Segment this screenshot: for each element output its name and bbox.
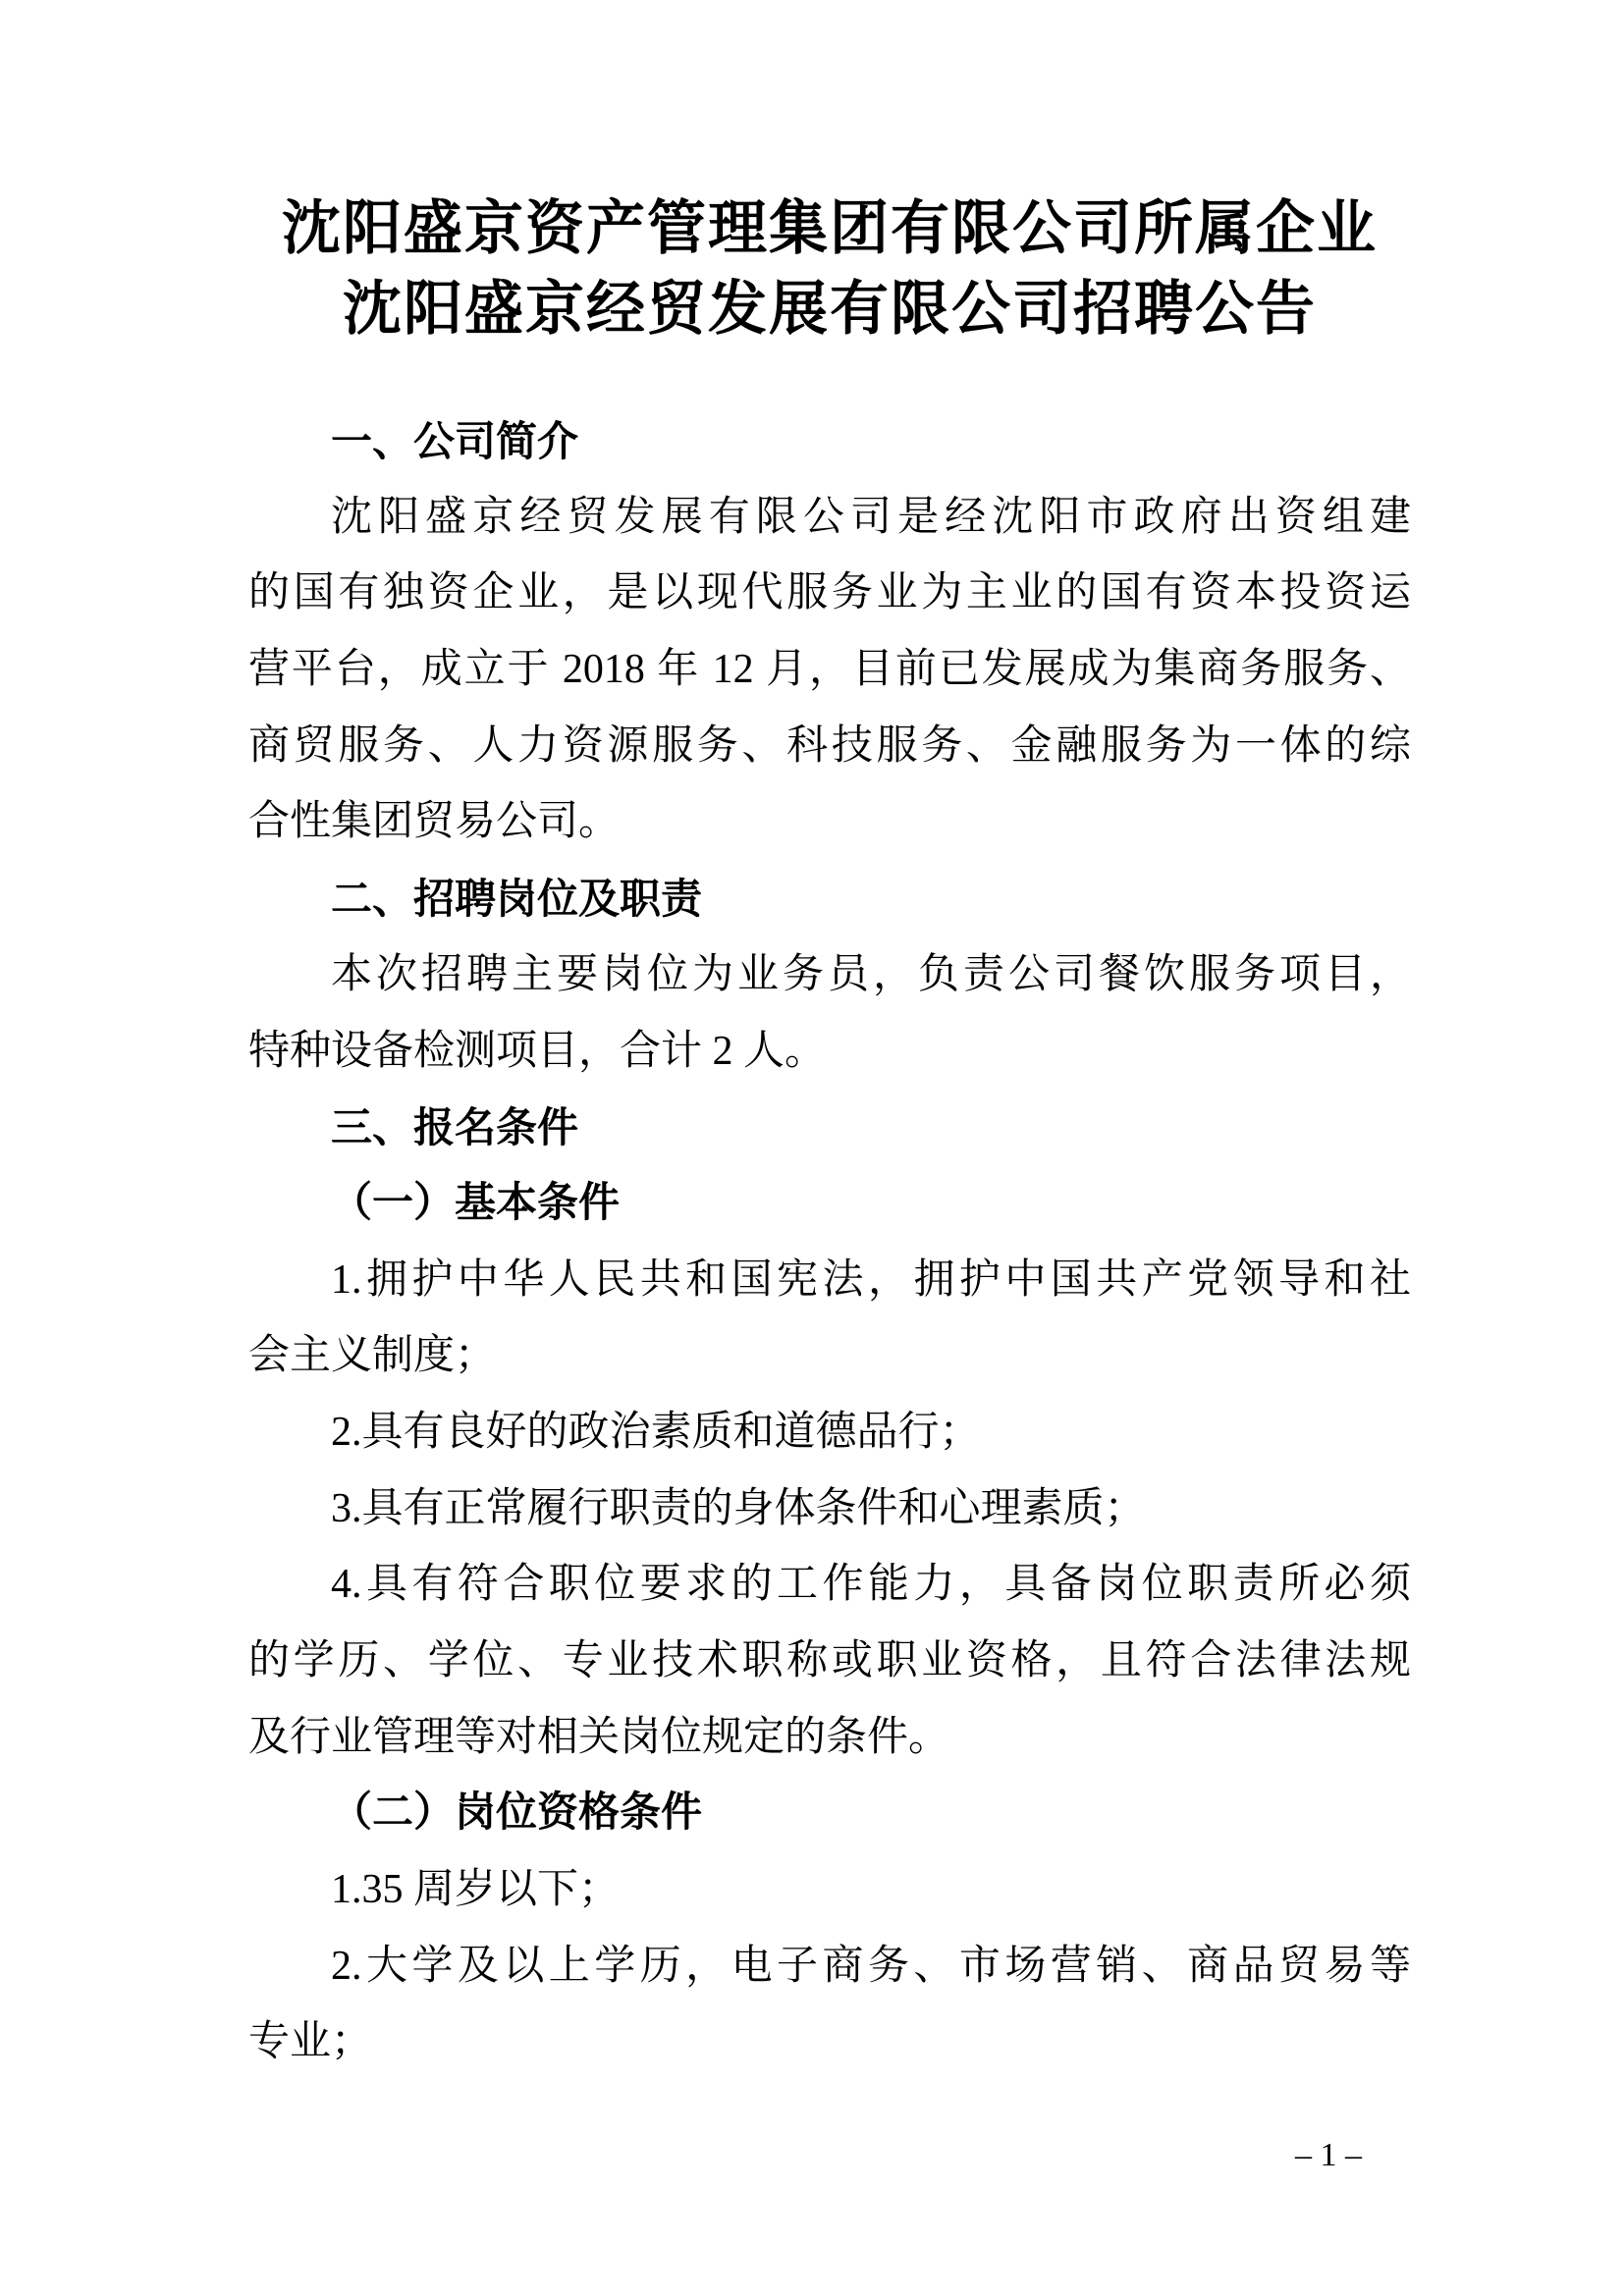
body-line: 本次招聘主要岗位为业务员，负责公司餐饮服务项目，	[248, 937, 1411, 1014]
body-line: 会主义制度；	[248, 1318, 1411, 1395]
document-body: 一、公司简介 沈阳盛京经贸发展有限公司是经沈阳市政府出资组建 的国有独资企业，是…	[248, 403, 1411, 2081]
body-line: 及行业管理等对相关岗位规定的条件。	[248, 1700, 1411, 1777]
subsection-heading-1: （一）基本条件	[248, 1166, 1411, 1243]
section-heading-2: 二、招聘岗位及职责	[248, 861, 1411, 937]
body-line: 1.35 周岁以下；	[248, 1852, 1411, 1929]
body-line: 3.具有正常履行职责的身体条件和心理素质；	[248, 1471, 1411, 1548]
body-line: 1.拥护中华人民共和国宪法，拥护中国共产党领导和社	[248, 1243, 1411, 1319]
body-line: 4.具有符合职位要求的工作能力，具备岗位职责所必须	[248, 1547, 1411, 1624]
page-number: – 1 –	[1255, 2136, 1402, 2175]
body-line: 特种设备检测项目，合计 2 人。	[248, 1014, 1411, 1091]
body-line: 沈阳盛京经贸发展有限公司是经沈阳市政府出资组建	[248, 480, 1411, 557]
section-heading-3: 三、报名条件	[248, 1090, 1411, 1166]
section-heading-1: 一、公司简介	[248, 403, 1411, 480]
document-title: 沈阳盛京资产管理集团有限公司所属企业 沈阳盛京经贸发展有限公司招聘公告	[248, 188, 1411, 349]
body-line: 专业；	[248, 2004, 1411, 2081]
body-line: 的学历、学位、专业技术职称或职业资格，且符合法律法规	[248, 1624, 1411, 1700]
document-page: 沈阳盛京资产管理集团有限公司所属企业 沈阳盛京经贸发展有限公司招聘公告 一、公司…	[0, 0, 1624, 2296]
body-line: 2.具有良好的政治素质和道德品行；	[248, 1395, 1411, 1471]
title-line-2: 沈阳盛京经贸发展有限公司招聘公告	[248, 269, 1411, 349]
subsection-heading-2: （二）岗位资格条件	[248, 1776, 1411, 1852]
body-line: 合性集团贸易公司。	[248, 784, 1411, 861]
body-line: 的国有独资企业，是以现代服务业为主业的国有资本投资运	[248, 556, 1411, 632]
body-line: 商贸服务、人力资源服务、科技服务、金融服务为一体的综	[248, 709, 1411, 785]
body-line: 营平台，成立于 2018 年 12 月，目前已发展成为集商务服务、	[248, 632, 1411, 709]
title-line-1: 沈阳盛京资产管理集团有限公司所属企业	[248, 188, 1411, 269]
body-line: 2.大学及以上学历，电子商务、市场营销、商品贸易等	[248, 1929, 1411, 2005]
